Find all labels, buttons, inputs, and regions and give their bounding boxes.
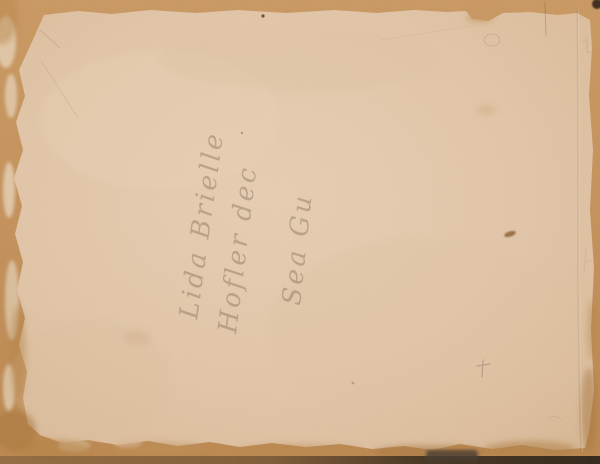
photo-back-scan: Lida Brielle Hofler dec Sea Gu — [0, 0, 600, 464]
photo-back-canvas: Lida Brielle Hofler dec Sea Gu — [0, 0, 600, 464]
grain-overlay — [0, 0, 600, 464]
